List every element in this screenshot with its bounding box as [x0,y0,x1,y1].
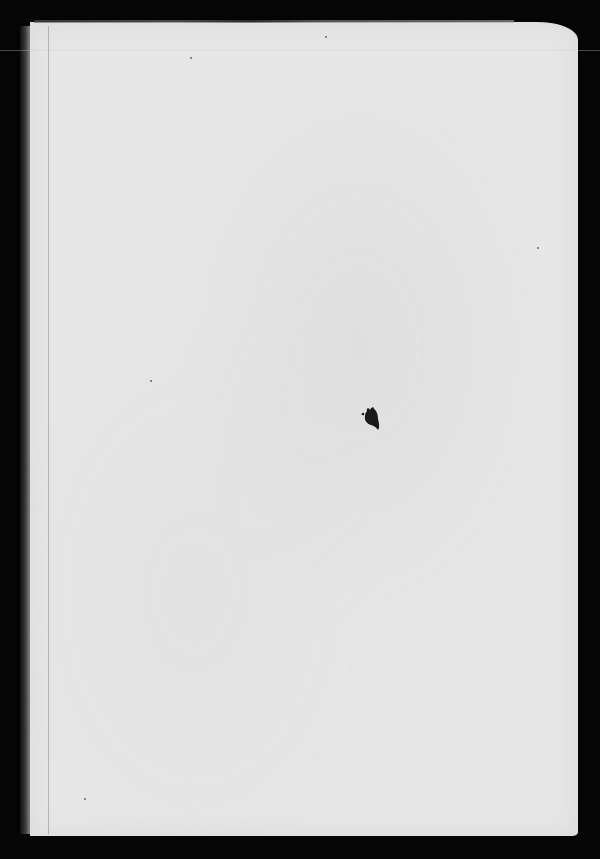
binding-fold-line [48,26,49,834]
paper-texture [30,22,578,836]
page-top-edge [34,20,514,23]
paper-speck [150,380,152,382]
scan-artifact-line [0,50,600,51]
paper-speck [190,57,192,59]
blank-page [30,22,578,836]
paper-speck [537,247,539,249]
ink-blot-mark [361,405,381,431]
scanned-document [0,0,600,859]
paper-speck [325,36,327,38]
paper-speck [84,798,86,800]
